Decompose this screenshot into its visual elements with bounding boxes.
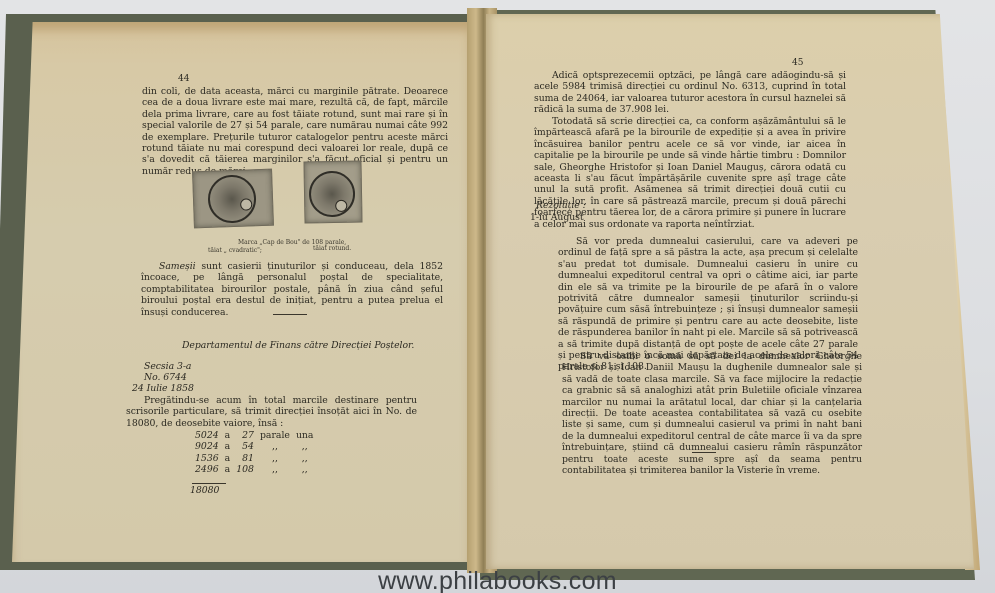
- stamp-quantity-table: 5024a27paraleuna9024a54,,,,1536a81,,,,24…: [192, 430, 316, 476]
- resolution-label: Rezoluție :: [536, 200, 586, 211]
- cell-unit: ,,: [257, 464, 293, 475]
- cell-value: 27: [233, 430, 257, 441]
- cell-a: a: [222, 441, 234, 452]
- cell-value: 54: [233, 441, 257, 452]
- cell-unit: ,,: [257, 453, 293, 464]
- cell-unit: ,,: [257, 441, 293, 452]
- table-row: 1536a81,,,,: [192, 453, 316, 464]
- cell-each: una: [293, 430, 317, 441]
- cell-qty: 2496: [192, 464, 222, 475]
- reference-line-2: No. 6744: [144, 372, 187, 383]
- stamp-square-cut-image: [192, 169, 274, 229]
- left-paragraph-2: Sameșii sunt casierii ținuturilor și con…: [141, 261, 443, 318]
- cell-qty: 1536: [192, 453, 222, 464]
- sameșii-term: Sameșii: [159, 261, 196, 272]
- watermark: www.philabooks.com: [0, 567, 995, 593]
- cell-each: ,,: [293, 453, 317, 464]
- cell-a: a: [222, 464, 234, 475]
- right-paragraph-4: Să va osibi o somă să să dei la dumnealo…: [562, 351, 862, 476]
- cell-each: ,,: [293, 464, 317, 475]
- table-row: 5024a27paraleuna: [192, 430, 316, 441]
- table-total: 18080: [190, 485, 219, 496]
- figure-caption-right: tăiat rotund.: [313, 245, 351, 253]
- figure-caption-left: tăiat „ cvadratic";: [208, 247, 262, 255]
- section-divider: [273, 314, 307, 315]
- left-page: 44 din coli, de data aceasta, mărci cu m…: [12, 22, 470, 562]
- cell-a: a: [222, 430, 234, 441]
- page-number-right: 45: [792, 58, 803, 68]
- table-row: 9024a54,,,,: [192, 441, 316, 452]
- section-heading: Departamentul de Finans către Direcției …: [182, 340, 462, 351]
- left-paragraph-1: din coli, de data aceasta, mărci cu marg…: [142, 86, 448, 177]
- page-number-left: 44: [178, 74, 189, 84]
- cell-each: ,,: [293, 441, 317, 452]
- cell-a: a: [222, 453, 234, 464]
- total-rule: [192, 483, 226, 484]
- resolution-date: 1-iu August: [530, 212, 584, 223]
- cell-value: 108: [233, 464, 257, 475]
- cell-unit: parale: [257, 430, 293, 441]
- stamp-round-cut-image: [303, 160, 362, 223]
- cell-qty: 5024: [192, 430, 222, 441]
- cell-qty: 9024: [192, 441, 222, 452]
- right-paragraph-1: Adică optsprezecemii optzăci, pe lângă c…: [534, 70, 846, 116]
- left-paragraph-3: Pregătindu-se acum în total marcile dest…: [126, 395, 417, 429]
- reference-line-1: Secsia 3-a: [144, 361, 191, 372]
- table-row: 2496a108,,,,: [192, 464, 316, 475]
- cell-value: 81: [233, 453, 257, 464]
- right-page: 45 Adică optsprezecemii optzăci, pe lâng…: [486, 14, 974, 569]
- end-divider: [692, 452, 716, 453]
- reference-line-3: 24 Iulie 1858: [132, 383, 194, 394]
